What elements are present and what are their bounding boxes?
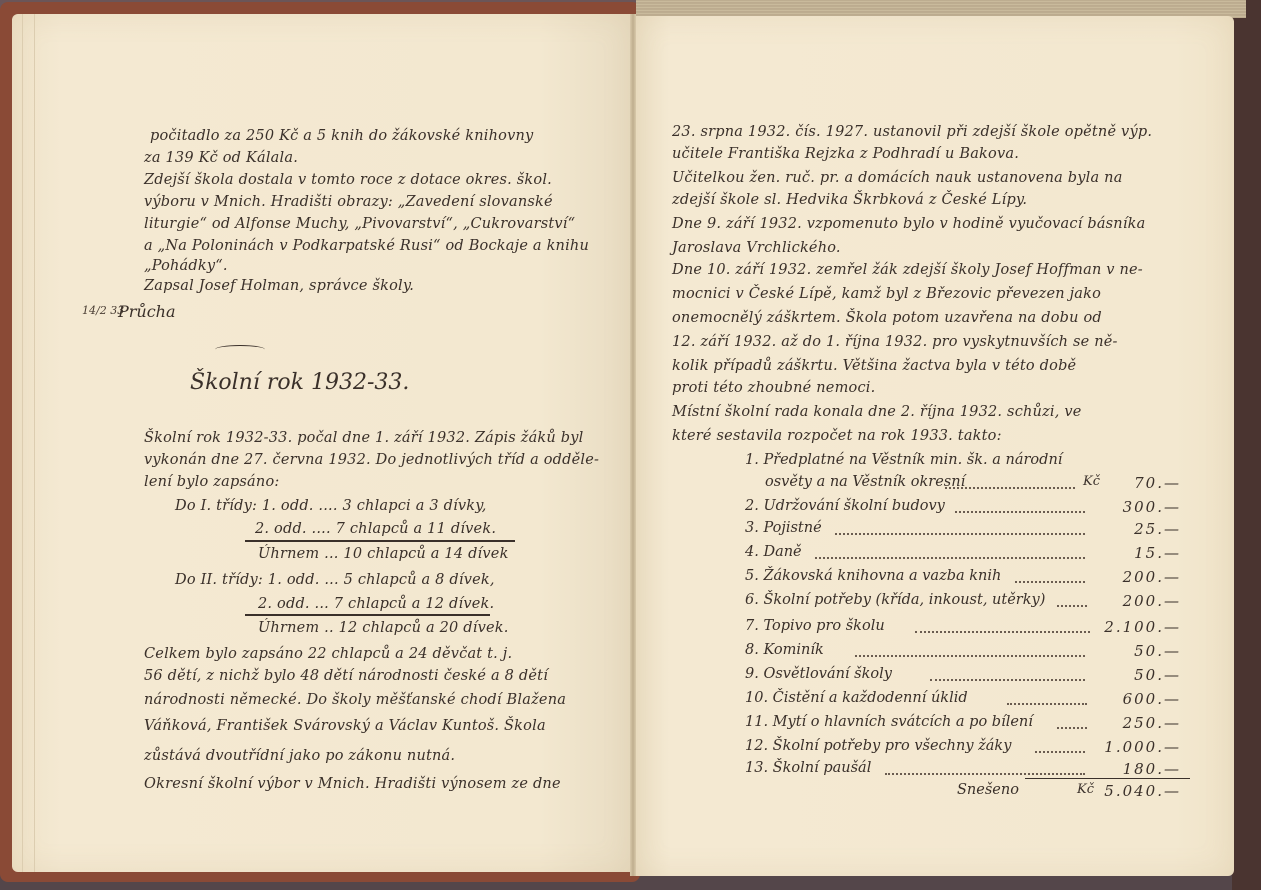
budget-row: 4. Daně 15.— bbox=[745, 544, 1185, 566]
page-edge-line bbox=[22, 14, 23, 872]
enrollment-total: Úhrnem ... 10 chlapců a 14 dívek bbox=[258, 546, 509, 562]
signature-line: Zapsal Josef Holman, správce školy. bbox=[144, 278, 414, 294]
budget-row: 11. Mytí o hlavních svátcích a po bílení… bbox=[745, 714, 1185, 736]
handwritten-line: Okresní školní výbor v Mnich. Hradišti v… bbox=[144, 776, 561, 792]
handwritten-line: zůstává dvoutřídní jako po zákonu nutná. bbox=[144, 748, 455, 764]
budget-row: 3. Pojistné 25.— bbox=[745, 520, 1185, 542]
handwritten-line: kolik případů záškrtu. Většina žactva by… bbox=[672, 358, 1076, 374]
handwritten-line: „Pohádky“. bbox=[144, 258, 228, 274]
budget-total-amount: 5.040.— bbox=[1104, 782, 1181, 800]
handwritten-line: výboru v Mnich. Hradišti obrazy: „Zavede… bbox=[144, 194, 553, 210]
currency-label: Kč bbox=[1083, 474, 1100, 489]
enrollment-row: 2. odd. ... 7 chlapců a 12 dívek. bbox=[258, 596, 494, 612]
handwritten-line: národnosti německé. Do školy měšťanské c… bbox=[144, 692, 566, 708]
budget-row: osvěty a na Věstník okresní Kč 70.— bbox=[745, 474, 1185, 496]
handwritten-line: počitadlo za 250 Kč a 5 knih do žákovské… bbox=[150, 128, 533, 144]
sum-rule bbox=[245, 614, 490, 616]
handwritten-line: liturgie“ od Alfonse Muchy, „Pivovarství… bbox=[144, 216, 575, 232]
budget-label: 11. Mytí o hlavních svátcích a po bílení bbox=[745, 714, 1033, 730]
handwritten-line: Jaroslava Vrchlického. bbox=[672, 240, 841, 256]
budget-row: 1. Předplatné na Věstník min. šk. a náro… bbox=[745, 452, 1185, 474]
sum-rule bbox=[1025, 778, 1190, 779]
handwritten-line: vykonán dne 27. června 1932. Do jednotli… bbox=[144, 452, 599, 468]
budget-row: 8. Kominík 50.— bbox=[745, 642, 1185, 664]
leader-dots bbox=[1007, 703, 1087, 705]
budget-amount: 200.— bbox=[1123, 592, 1181, 610]
budget-amount: 200.— bbox=[1123, 568, 1181, 586]
budget-amount: 180.— bbox=[1123, 760, 1181, 778]
budget-label: 7. Topivo pro školu bbox=[745, 618, 885, 634]
book-cover-right bbox=[1232, 0, 1261, 890]
enrollment-total: Úhrnem .. 12 chlapců a 20 dívek. bbox=[258, 620, 509, 636]
handwritten-line: Celkem bylo zapsáno 22 chlapců a 24 děvč… bbox=[144, 646, 512, 662]
budget-amount: 1.000.— bbox=[1104, 738, 1181, 756]
budget-label: 8. Kominík bbox=[745, 642, 824, 658]
book-gutter bbox=[630, 14, 636, 876]
budget-total-row: Snešeno Kč 5.040.— bbox=[745, 782, 1185, 804]
enrollment-row: 2. odd. .... 7 chlapců a 11 dívek. bbox=[255, 521, 496, 537]
leader-dots bbox=[955, 511, 1085, 513]
handwritten-line: učitele Františka Rejzka z Podhradí u Ba… bbox=[672, 146, 1019, 162]
handwritten-line: za 139 Kč od Kálala. bbox=[144, 150, 298, 166]
handwritten-line: 23. srpna 1932. čís. 1927. ustanovil při… bbox=[672, 124, 1152, 140]
margin-signature: Průcha bbox=[118, 302, 176, 321]
budget-row: 12. Školní potřeby pro všechny žáky 1.00… bbox=[745, 738, 1185, 760]
budget-row: 6. Školní potřeby (křída, inkoust, utěrk… bbox=[745, 592, 1185, 614]
handwritten-line: Váňková, František Svárovský a Václav Ku… bbox=[144, 718, 546, 734]
budget-label: 3. Pojistné bbox=[745, 520, 822, 536]
handwritten-line: zdejší škole sl. Hedvika Škrbková z Česk… bbox=[672, 192, 1027, 208]
handwritten-line: 12. září 1932. až do 1. října 1932. pro … bbox=[672, 334, 1118, 350]
budget-row: 10. Čistění a každodenní úklid 600.— bbox=[745, 690, 1185, 712]
handwritten-line: Místní školní rada konala dne 2. října 1… bbox=[672, 404, 1082, 420]
budget-label: 1. Předplatné na Věstník min. šk. a náro… bbox=[745, 452, 1062, 468]
budget-amount: 250.— bbox=[1123, 714, 1181, 732]
leader-dots bbox=[1015, 581, 1085, 583]
budget-row: 9. Osvětlování školy 50.— bbox=[745, 666, 1185, 688]
handwritten-line: a „Na Poloninách v Podkarpatské Rusi“ od… bbox=[144, 238, 589, 254]
budget-label: 12. Školní potřeby pro všechny žáky bbox=[745, 738, 1011, 754]
leader-dots bbox=[945, 487, 1075, 489]
budget-amount: 300.— bbox=[1123, 498, 1181, 516]
leader-dots bbox=[885, 773, 1085, 775]
leader-dots bbox=[1057, 605, 1087, 607]
sum-rule bbox=[245, 540, 515, 542]
budget-row: 7. Topivo pro školu 2.100.— bbox=[745, 618, 1185, 640]
page-edge-line bbox=[34, 14, 35, 872]
handwritten-line: které sestavila rozpočet na rok 1933. ta… bbox=[672, 428, 1002, 444]
title-flourish bbox=[215, 345, 265, 354]
handwritten-line: Zdejší škola dostala v tomto roce z dota… bbox=[144, 172, 552, 188]
enrollment-row: Do I. třídy: 1. odd. .... 3 chlapci a 3 … bbox=[175, 498, 487, 514]
leader-dots bbox=[855, 655, 1085, 657]
budget-label: 5. Žákovská knihovna a vazba knih bbox=[745, 568, 1001, 584]
enrollment-row: Do II. třídy: 1. odd. ... 5 chlapců a 8 … bbox=[175, 572, 495, 588]
leader-dots bbox=[815, 557, 1085, 559]
budget-label: 13. Školní paušál bbox=[745, 760, 871, 776]
budget-label: 6. Školní potřeby (křída, inkoust, utěrk… bbox=[745, 592, 1045, 608]
handwritten-line: Učitelkou žen. ruč. pr. a domácích nauk … bbox=[672, 170, 1123, 186]
handwritten-line: Školní rok 1932-33. počal dne 1. září 19… bbox=[144, 430, 583, 446]
handwritten-line: lení bylo zapsáno: bbox=[144, 474, 279, 490]
budget-amount: 600.— bbox=[1123, 690, 1181, 708]
budget-amount: 50.— bbox=[1134, 666, 1181, 684]
budget-label: 9. Osvětlování školy bbox=[745, 666, 892, 682]
total-label: Snešeno bbox=[957, 782, 1019, 798]
handwritten-line: onemocnělý záškrtem. Škola potom uzavřen… bbox=[672, 310, 1102, 326]
budget-label: 4. Daně bbox=[745, 544, 802, 560]
budget-row: 2. Udržování školní budovy 300.— bbox=[745, 498, 1185, 520]
budget-amount: 15.— bbox=[1134, 544, 1181, 562]
handwritten-line: mocnici v České Lípě, kamž byl z Březovi… bbox=[672, 286, 1101, 302]
handwritten-line: Dne 9. září 1932. vzpomenuto bylo v hodi… bbox=[672, 216, 1146, 232]
budget-label: 10. Čistění a každodenní úklid bbox=[745, 690, 968, 706]
budget-row: 5. Žákovská knihovna a vazba knih 200.— bbox=[745, 568, 1185, 590]
leader-dots bbox=[1057, 727, 1087, 729]
leader-dots bbox=[915, 631, 1090, 633]
leader-dots bbox=[835, 533, 1085, 535]
handwritten-line: Dne 10. září 1932. zemřel žák zdejší ško… bbox=[672, 262, 1143, 278]
budget-amount: 70.— bbox=[1134, 474, 1181, 492]
budget-label: osvěty a na Věstník okresní bbox=[765, 474, 965, 490]
budget-amount: 25.— bbox=[1134, 520, 1181, 538]
currency-label: Kč bbox=[1077, 782, 1094, 797]
handwritten-line: proti této zhoubné nemoci. bbox=[672, 380, 875, 396]
leader-dots bbox=[930, 679, 1085, 681]
budget-amount: 50.— bbox=[1134, 642, 1181, 660]
handwritten-line: 56 dětí, z nichž bylo 48 dětí národnosti… bbox=[144, 668, 548, 684]
budget-amount: 2.100.— bbox=[1104, 618, 1181, 636]
budget-label: 2. Udržování školní budovy bbox=[745, 498, 945, 514]
leader-dots bbox=[1035, 751, 1085, 753]
section-title: Školní rok 1932-33. bbox=[190, 370, 409, 395]
